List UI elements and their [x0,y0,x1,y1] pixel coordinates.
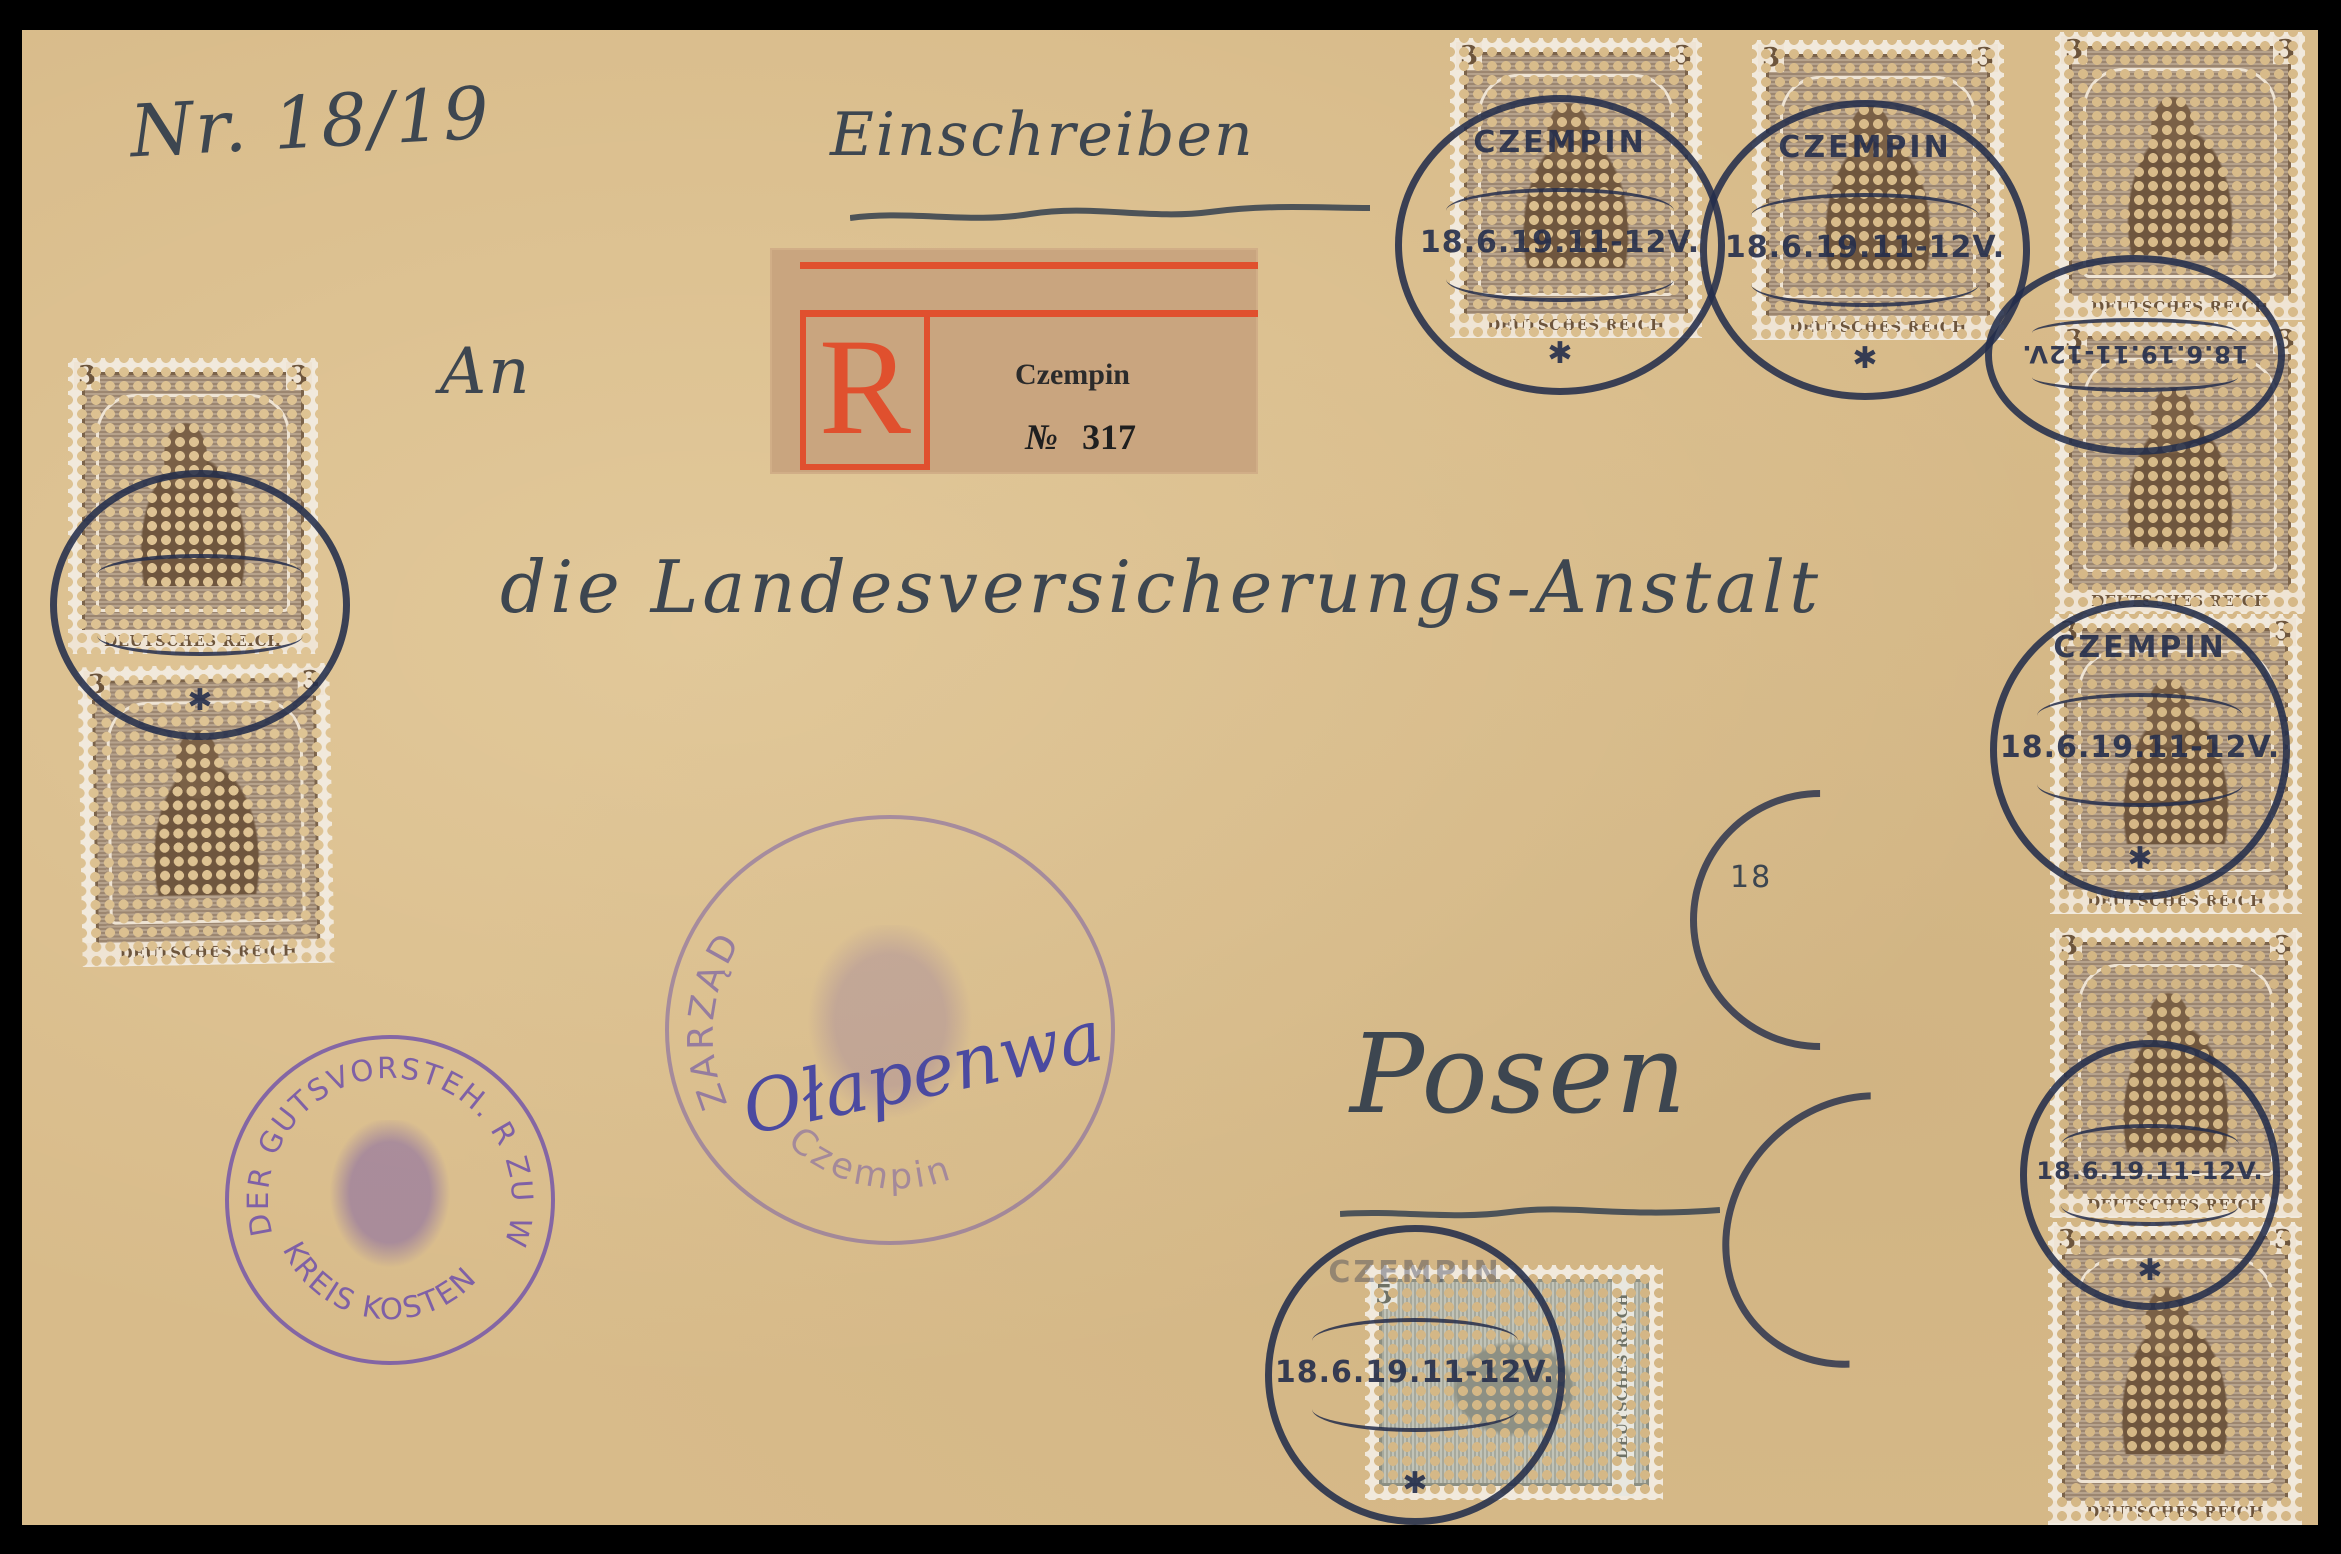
postmark-strip-2: CZEMPIN 18.6.19.11-12V. ✱ [1990,600,2290,900]
registration-r: R [806,312,924,462]
postmark-date: 18.6.19.11-12V. [2027,1157,2273,1185]
postmark-star-icon: ✱ [1402,336,1718,371]
postmark-top-1: CZEMPIN 18.6.19.11-12V. ✱ [1395,95,1725,395]
postmark-strip-1: 18.6.19.11-12V. [1985,255,2285,455]
eagle-icon [319,1120,461,1281]
postmark-date: 18.6.19.11-12V. [1707,230,2023,265]
postmark-town: CZEMPIN [1707,130,2023,165]
postmark-bottom: CZEMPIN 18.6.19.11-12V. ✱ [1265,1225,1565,1525]
postmark-town: CZEMPIN [1272,1255,1558,1290]
addressee: die Landesversicherungs-Anstalt [500,545,1822,629]
estate-seal: DER GUTSVORSTEH. R ZU WIESENHOF KREIS KO… [225,1035,555,1365]
postmark-star-icon: ✱ [57,683,343,718]
stamp-value: 3 [286,362,312,390]
service-marking-underline [850,200,1370,230]
stamp-legend: DEUTSCHES REICH [2048,1501,2302,1523]
postmark-star-icon: ✱ [2027,1253,2273,1288]
stamp-value: 3 [1972,44,1998,72]
label-town: Czempin [1015,358,1130,392]
postmark-date: 18.6.19.11-12V. [1992,340,2278,368]
stamp-value: 3 [2056,932,2082,960]
number-sign: № [1025,417,1058,457]
postmark-bridge [97,554,303,656]
germania-icon [129,720,283,897]
postmark-date: 18.6.19.11-12V. [1997,730,2283,765]
destination: Posen [1350,1010,1688,1138]
stamp-legend: DEUTSCHES REICH [82,939,334,965]
postmark-strip-3: 18.6.19.11-12V. ✱ [2020,1040,2280,1310]
postmark-town: CZEMPIN [1997,630,2283,665]
postmark-date: 18.6.19.11-12V. [1272,1355,1558,1390]
stamp-value: 3 [2061,36,2087,64]
stamp-value: 3 [74,362,100,390]
stamp-value: 3 [2273,36,2299,64]
salutation: An [440,335,531,409]
postmark-left: ✱ [50,470,350,740]
label-number: №317 [1025,416,1136,458]
germania-icon [2105,88,2255,255]
postmark-date: 18.6.19.11-12V. [1402,225,1718,260]
postmark-star-icon: ✱ [1997,841,2283,876]
partial-date-fragment: 18 [1730,860,1772,895]
service-marking: Einschreiben [830,100,1255,170]
stamp-legend: DEUTSCHES REICH [1612,1256,1634,1496]
stamp-value: 3 [1456,42,1482,70]
stamp-value: 3 [1670,42,1696,70]
stamp-value: 3 [2270,1226,2296,1254]
postmark-top-2: CZEMPIN 18.6.19.11-12V. ✱ [1700,100,2030,400]
registration-r-box: R [800,310,930,470]
postmark-star-icon: ✱ [1707,341,2023,376]
registration-number: 317 [1082,417,1136,457]
stamp-value: 3 [1758,44,1784,72]
registration-label: R Czempin №317 [770,248,1258,474]
postmark-town: CZEMPIN [1402,125,1718,160]
postmark-star-icon: ✱ [1272,1466,1558,1501]
label-top-rule [800,262,1258,269]
stamp-value: 3 [2270,932,2296,960]
